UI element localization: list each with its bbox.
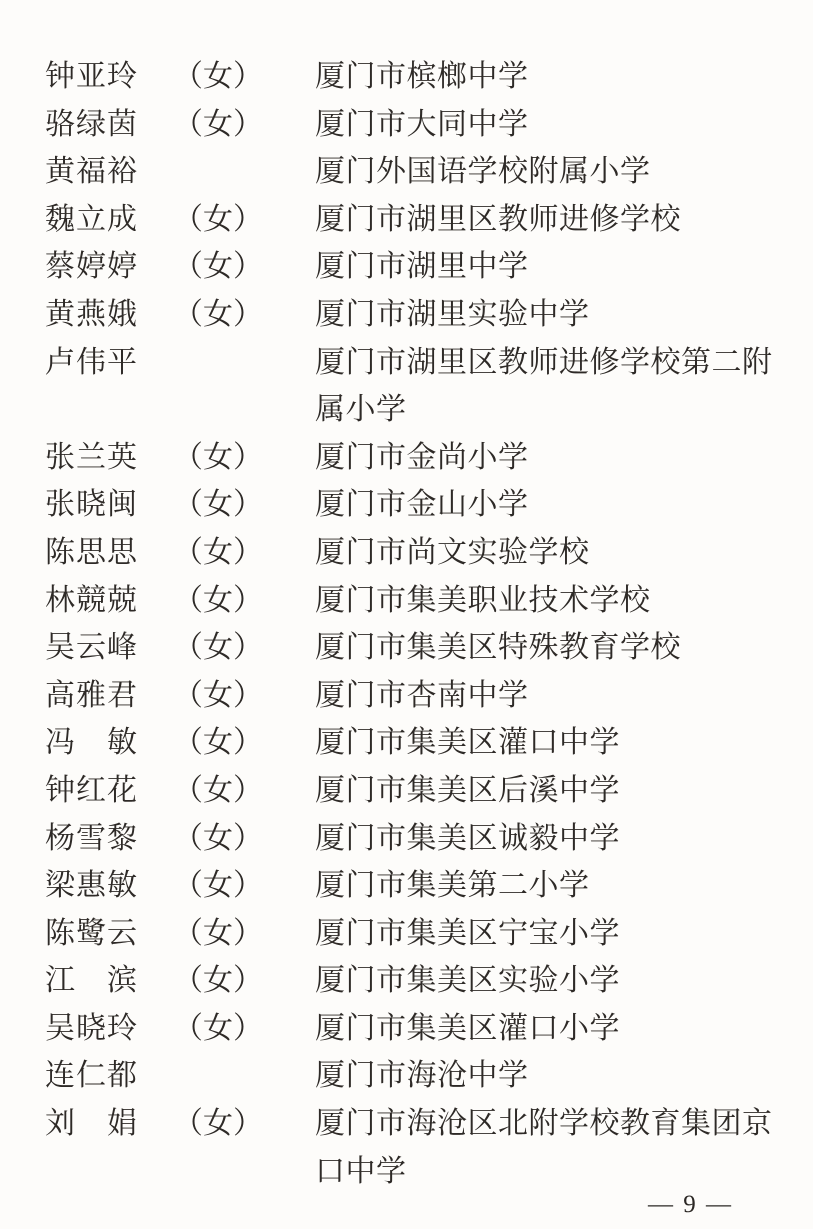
school-name: 厦门市海沧区北附学校教育集团京口中学 <box>315 1100 783 1195</box>
page-number: — 9 — <box>648 1191 733 1219</box>
list-item: 高雅君 （女） 厦门市杏南中学 <box>45 672 785 720</box>
person-name: 吴晓玲 <box>45 1005 173 1053</box>
school-name: 厦门市集美区诚毅中学 <box>315 815 783 863</box>
person-name: 张兰英 <box>45 434 173 482</box>
person-name: 骆绿茵 <box>45 101 173 149</box>
school-name: 厦门市杏南中学 <box>315 672 783 720</box>
list-item: 张兰英 （女） 厦门市金尚小学 <box>45 434 785 482</box>
gender-label: （女） <box>173 434 315 482</box>
gender-label: （女） <box>173 910 315 958</box>
school-name: 厦门外国语学校附属小学 <box>315 148 783 196</box>
list-item: 魏立成 （女） 厦门市湖里区教师进修学校 <box>45 196 785 244</box>
person-name: 梁惠敏 <box>45 862 173 910</box>
gender-label: （女） <box>173 719 315 767</box>
school-name: 厦门市湖里中学 <box>315 243 783 291</box>
gender-label: （女） <box>173 101 315 149</box>
gender-label: （女） <box>173 481 315 529</box>
list-item: 黄燕娥 （女） 厦门市湖里实验中学 <box>45 291 785 339</box>
gender-label: （女） <box>173 291 315 339</box>
school-name: 厦门市金山小学 <box>315 481 783 529</box>
gender-label: （女） <box>173 243 315 291</box>
school-name: 厦门市集美区灌口中学 <box>315 719 783 767</box>
school-name: 厦门市集美区后溪中学 <box>315 767 783 815</box>
school-name: 厦门市湖里区教师进修学校第二附属小学 <box>315 339 783 434</box>
list-item: 钟亚玲 （女） 厦门市槟榔中学 <box>45 53 785 101</box>
list-item: 刘 娟 （女） 厦门市海沧区北附学校教育集团京口中学 <box>45 1100 785 1195</box>
list-item: 杨雪黎 （女） 厦门市集美区诚毅中学 <box>45 815 785 863</box>
person-name: 钟红花 <box>45 767 173 815</box>
list-item: 卢伟平 厦门市湖里区教师进修学校第二附属小学 <box>45 339 785 434</box>
school-name: 厦门市尚文实验学校 <box>315 529 783 577</box>
school-name: 厦门市集美区灌口小学 <box>315 1005 783 1053</box>
list-item: 黄福裕 厦门外国语学校附属小学 <box>45 148 785 196</box>
person-name: 刘 娟 <box>45 1100 173 1148</box>
person-name: 吴云峰 <box>45 624 173 672</box>
gender-label: （女） <box>173 529 315 577</box>
gender-label: （女） <box>173 53 315 101</box>
gender-label: （女） <box>173 577 315 625</box>
school-name: 厦门市集美第二小学 <box>315 862 783 910</box>
person-name: 林競兢 <box>45 577 173 625</box>
gender-label: （女） <box>173 862 315 910</box>
person-name: 钟亚玲 <box>45 53 173 101</box>
school-name: 厦门市集美区宁宝小学 <box>315 910 783 958</box>
recipient-list: 钟亚玲 （女） 厦门市槟榔中学 骆绿茵 （女） 厦门市大同中学 黄福裕 厦门外国… <box>45 53 785 1195</box>
school-name: 厦门市湖里区教师进修学校 <box>315 196 783 244</box>
gender-label: （女） <box>173 957 315 1005</box>
list-item: 冯 敏 （女） 厦门市集美区灌口中学 <box>45 719 785 767</box>
list-item: 连仁都 厦门市海沧中学 <box>45 1052 785 1100</box>
list-item: 梁惠敏 （女） 厦门市集美第二小学 <box>45 862 785 910</box>
person-name: 江 滨 <box>45 957 173 1005</box>
school-name: 厦门市金尚小学 <box>315 434 783 482</box>
list-item: 陈思思 （女） 厦门市尚文实验学校 <box>45 529 785 577</box>
gender-label: （女） <box>173 672 315 720</box>
gender-label: （女） <box>173 1005 315 1053</box>
list-item: 吴晓玲 （女） 厦门市集美区灌口小学 <box>45 1005 785 1053</box>
person-name: 陈鹭云 <box>45 910 173 958</box>
list-item: 张晓闽 （女） 厦门市金山小学 <box>45 481 785 529</box>
gender-label: （女） <box>173 196 315 244</box>
person-name: 卢伟平 <box>45 339 173 387</box>
person-name: 蔡婷婷 <box>45 243 173 291</box>
school-name: 厦门市湖里实验中学 <box>315 291 783 339</box>
school-name: 厦门市集美区实验小学 <box>315 957 783 1005</box>
list-item: 陈鹭云 （女） 厦门市集美区宁宝小学 <box>45 910 785 958</box>
person-name: 魏立成 <box>45 196 173 244</box>
gender-label: （女） <box>173 767 315 815</box>
school-name: 厦门市海沧中学 <box>315 1052 783 1100</box>
person-name: 冯 敏 <box>45 719 173 767</box>
list-item: 骆绿茵 （女） 厦门市大同中学 <box>45 101 785 149</box>
gender-label: （女） <box>173 624 315 672</box>
person-name: 高雅君 <box>45 672 173 720</box>
person-name: 陈思思 <box>45 529 173 577</box>
list-item: 钟红花 （女） 厦门市集美区后溪中学 <box>45 767 785 815</box>
school-name: 厦门市大同中学 <box>315 101 783 149</box>
school-name: 厦门市槟榔中学 <box>315 53 783 101</box>
list-item: 吴云峰 （女） 厦门市集美区特殊教育学校 <box>45 624 785 672</box>
school-name: 厦门市集美区特殊教育学校 <box>315 624 783 672</box>
list-item: 林競兢 （女） 厦门市集美职业技术学校 <box>45 577 785 625</box>
gender-label: （女） <box>173 1100 315 1148</box>
person-name: 张晓闽 <box>45 481 173 529</box>
person-name: 连仁都 <box>45 1052 173 1100</box>
person-name: 黄燕娥 <box>45 291 173 339</box>
person-name: 黄福裕 <box>45 148 173 196</box>
document-page: 钟亚玲 （女） 厦门市槟榔中学 骆绿茵 （女） 厦门市大同中学 黄福裕 厦门外国… <box>0 0 813 1229</box>
list-item: 江 滨 （女） 厦门市集美区实验小学 <box>45 957 785 1005</box>
person-name: 杨雪黎 <box>45 815 173 863</box>
gender-label: （女） <box>173 815 315 863</box>
list-item: 蔡婷婷 （女） 厦门市湖里中学 <box>45 243 785 291</box>
school-name: 厦门市集美职业技术学校 <box>315 577 783 625</box>
